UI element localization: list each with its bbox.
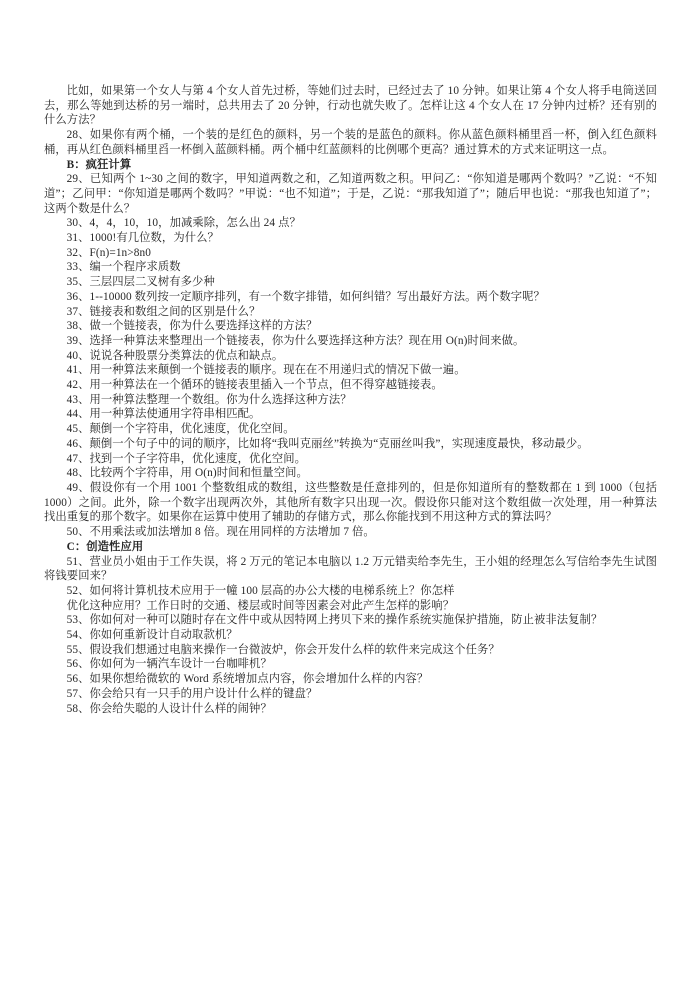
question-paragraph: 44、用一种算法使通用字符串相匹配。	[44, 407, 657, 422]
question-list: 比如，如果第一个女人与第 4 个女人首先过桥，等她们过去时，已经过去了 10 分…	[44, 84, 657, 716]
question-paragraph: 46、颠倒一个句子中的词的顺序，比如将“我叫克丽丝”转换为“克丽丝叫我”，实现速…	[44, 437, 657, 452]
question-paragraph: 45、颠倒一个字符串，优化速度，优化空间。	[44, 422, 657, 437]
question-paragraph: 56、你如何为一辆汽车设计一台咖啡机？	[44, 657, 657, 672]
question-paragraph: 49、假设你有一个用 1001 个整数组成的数组，这些整数是任意排列的，但是你知…	[44, 481, 657, 525]
question-paragraph: 40、说说各种股票分类算法的优点和缺点。	[44, 349, 657, 364]
question-paragraph: 48、比较两个字符串，用 O(n)时间和恒量空间。	[44, 466, 657, 481]
section-header: B：疯狂计算	[44, 158, 657, 173]
question-paragraph: 33、编一个程序求质数	[44, 260, 657, 275]
question-paragraph: 52、如何将计算机技术应用于一幢 100 层高的办公大楼的电梯系统上？你怎样	[44, 584, 657, 599]
question-paragraph: 39、选择一种算法来整理出一个链接表，你为什么要选择这种方法？现在用 O(n)时…	[44, 334, 657, 349]
question-paragraph: 32、F(n)=1n>8n0	[44, 246, 657, 261]
question-paragraph: 42、用一种算法在一个循环的链接表里插入一个节点，但不得穿越链接表。	[44, 378, 657, 393]
question-paragraph: 优化这种应用？工作日时的交通、楼层或时间等因素会对此产生怎样的影响？	[44, 599, 657, 614]
screenshot-viewport: 比如，如果第一个女人与第 4 个女人首先过桥，等她们过去时，已经过去了 10 分…	[0, 0, 700, 984]
question-paragraph: 31、1000!有几位数，为什么？	[44, 231, 657, 246]
question-paragraph: 38、做一个链接表，你为什么要选择这样的方法？	[44, 319, 657, 334]
section-header: C：创造性应用	[44, 540, 657, 555]
question-paragraph: 51、营业员小姐由于工作失误，将 2 万元的笔记本电脑以 1.2 万元错卖给李先…	[44, 555, 657, 584]
question-paragraph: 29、已知两个 1~30 之间的数字，甲知道两数之和，乙知道两数之积。甲问乙：“…	[44, 172, 657, 216]
question-paragraph: 41、用一种算法来颠倒一个链接表的顺序。现在在不用递归式的情况下做一遍。	[44, 363, 657, 378]
question-paragraph: 56、如果你想给微软的 Word 系统增加点内容，你会增加什么样的内容？	[44, 672, 657, 687]
question-paragraph: 比如，如果第一个女人与第 4 个女人首先过桥，等她们过去时，已经过去了 10 分…	[44, 84, 657, 128]
question-paragraph: 47、找到一个子字符串，优化速度，优化空间。	[44, 452, 657, 467]
question-paragraph: 54、你如何重新设计自动取款机？	[44, 628, 657, 643]
question-paragraph: 37、链接表和数组之间的区别是什么？	[44, 305, 657, 320]
question-paragraph: 30、4，4，10，10，加减乘除，怎么出 24 点？	[44, 216, 657, 231]
question-paragraph: 57、你会给只有一只手的用户设计什么样的键盘？	[44, 687, 657, 702]
question-paragraph: 35、三层四层二叉树有多少种	[44, 275, 657, 290]
question-paragraph: 50、不用乘法或加法增加 8 倍。现在用同样的方法增加 7 倍。	[44, 525, 657, 540]
question-paragraph: 28、如果你有两个桶，一个装的是红色的颜料，另一个装的是蓝色的颜料。你从蓝色颜料…	[44, 128, 657, 157]
question-paragraph: 43、用一种算法整理一个数组。你为什么选择这种方法？	[44, 393, 657, 408]
question-paragraph: 36、1--10000 数列按一定顺序排列，有一个数字排错，如何纠错？写出最好方…	[44, 290, 657, 305]
question-paragraph: 53、你如何对一种可以随时存在文件中或从因特网上拷贝下来的操作系统实施保护措施，…	[44, 613, 657, 628]
document-page: 比如，如果第一个女人与第 4 个女人首先过桥，等她们过去时，已经过去了 10 分…	[0, 0, 700, 984]
question-paragraph: 58、你会给失聪的人设计什么样的闹钟？	[44, 702, 657, 717]
question-paragraph: 55、假设我们想通过电脑来操作一台微波炉，你会开发什么样的软件来完成这个任务？	[44, 643, 657, 658]
